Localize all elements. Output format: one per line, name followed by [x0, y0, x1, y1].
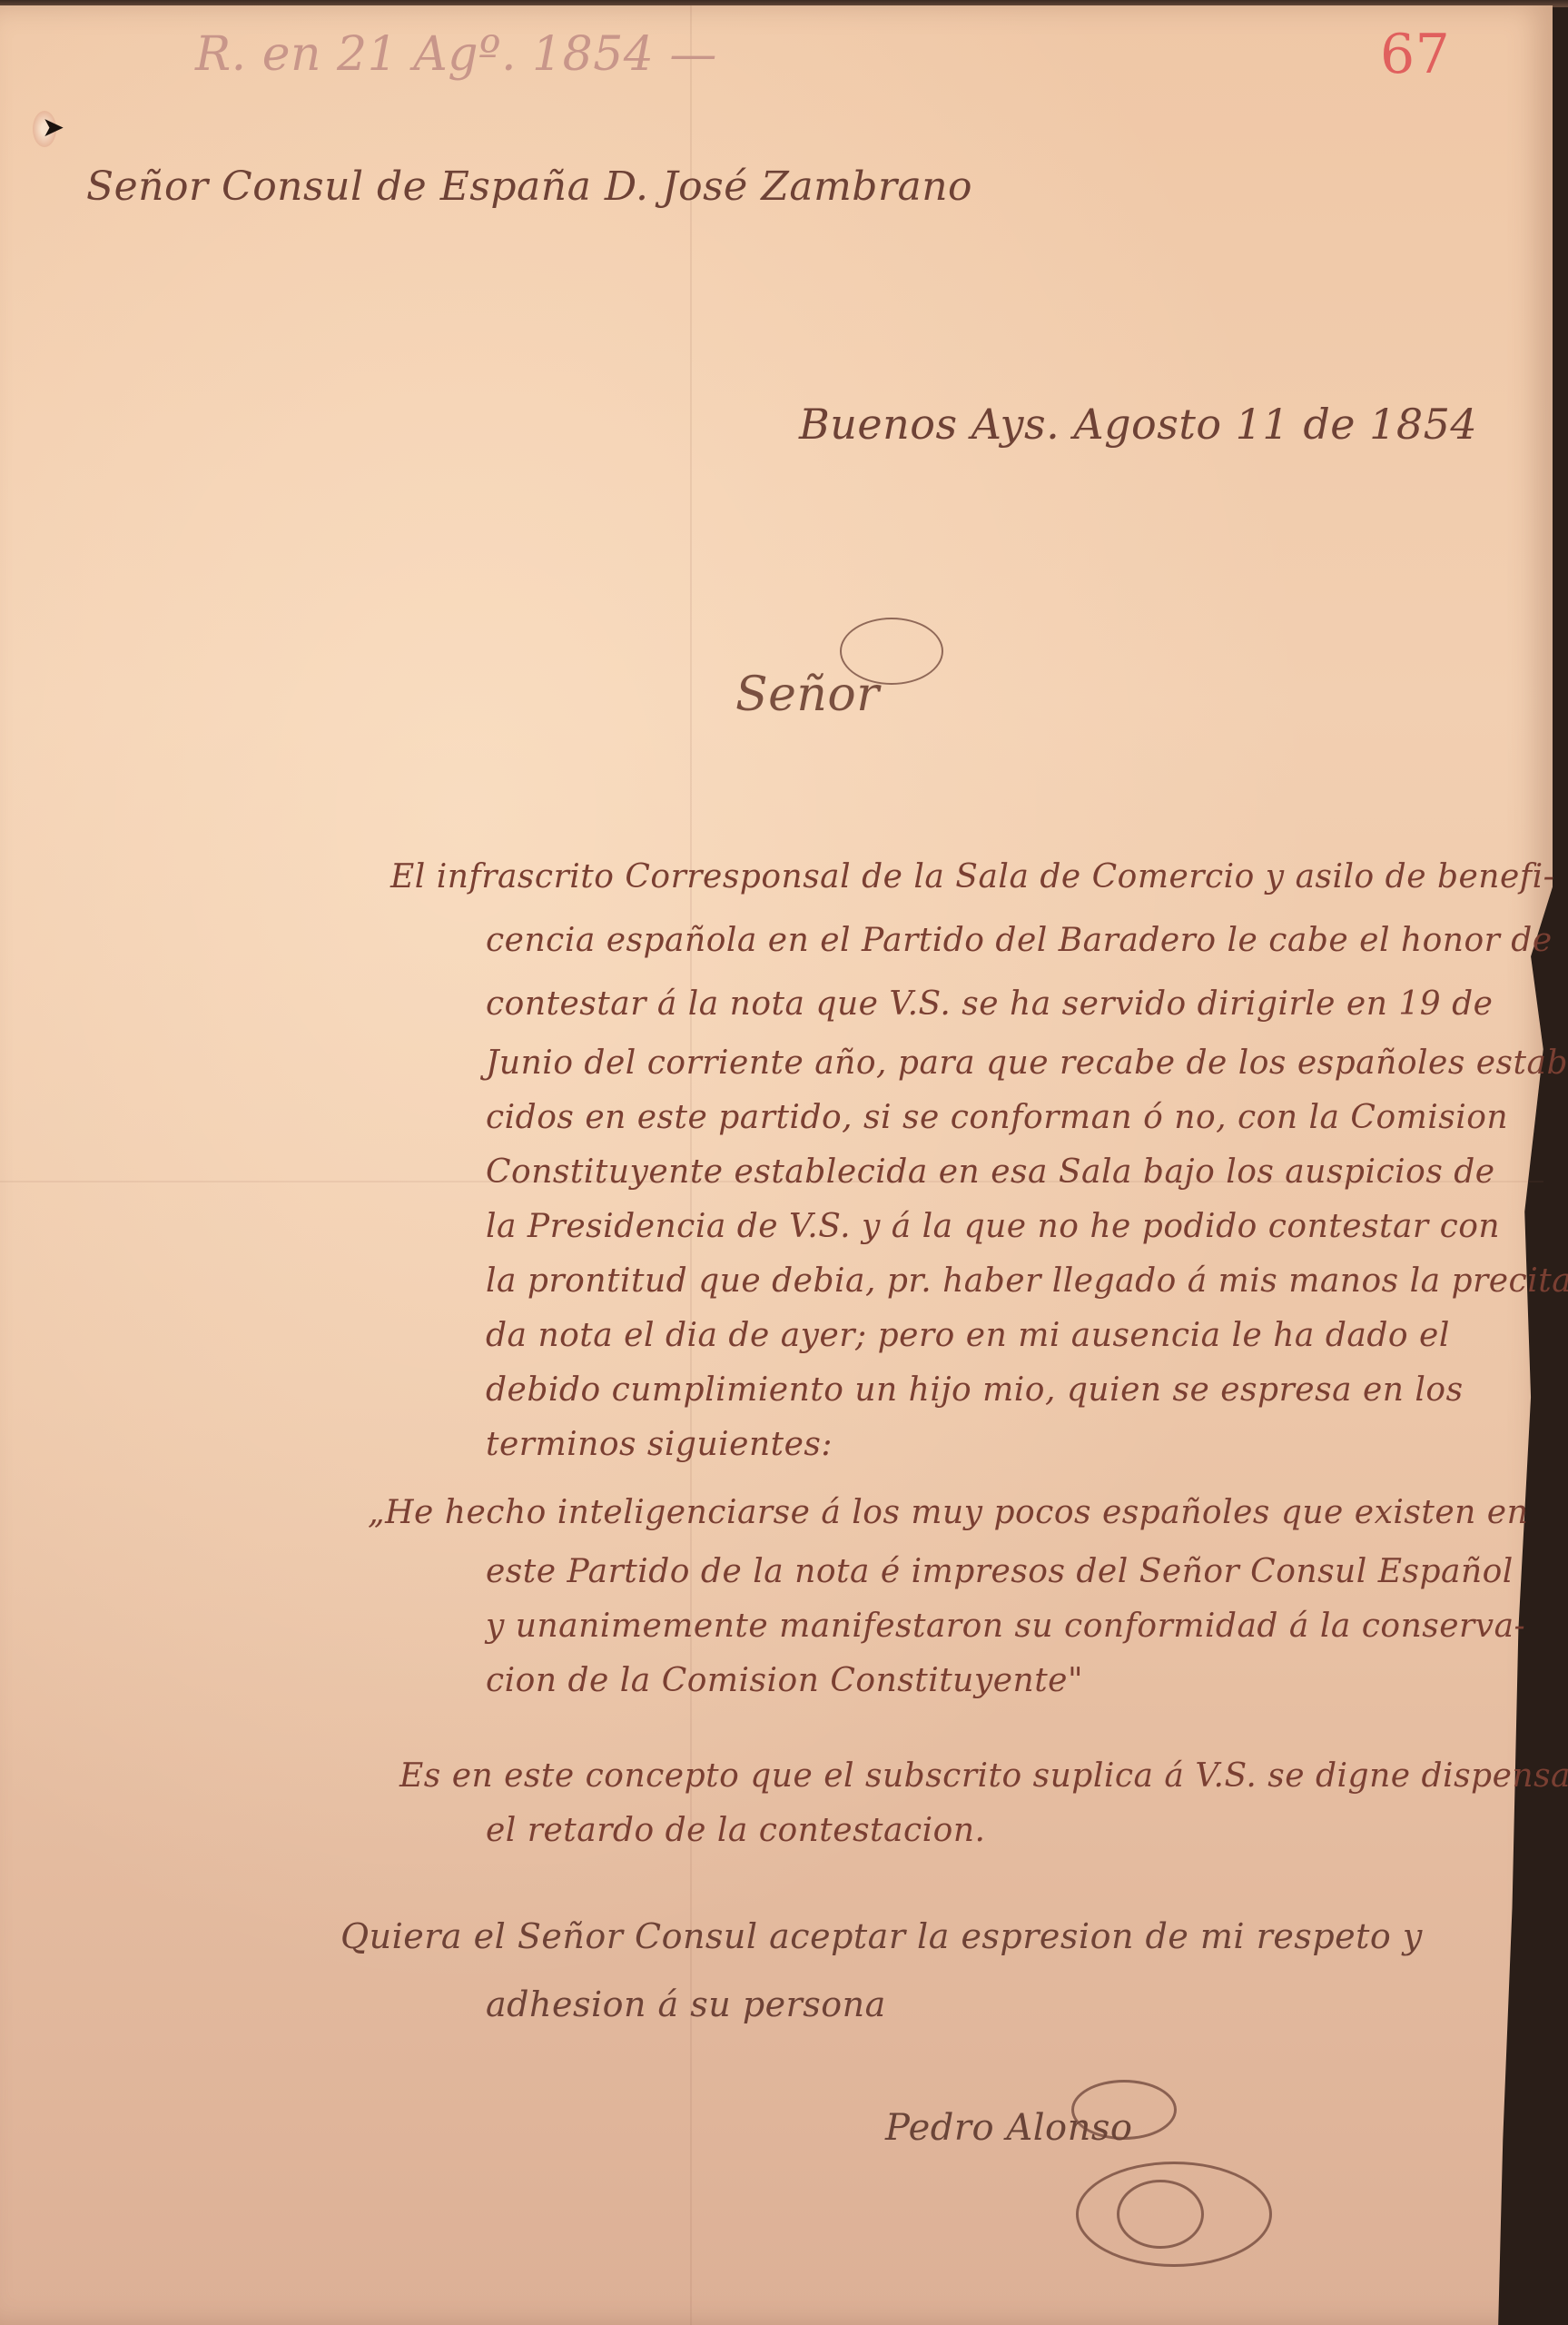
quote-line: este Partido de la nota é impresos del S… [486, 1553, 1514, 1590]
body-line: Junio del corriente año, para que recabe… [486, 1044, 1568, 1082]
signature-flourish-icon [1071, 2080, 1177, 2140]
body-line: debido cumplimiento un hijo mio, quien s… [486, 1371, 1464, 1409]
body-line: Es en este concepto que el subscrito sup… [399, 1757, 1568, 1795]
body-line: terminos siguientes: [486, 1426, 833, 1463]
body-line: contestar á la nota que V.S. se ha servi… [486, 985, 1493, 1023]
place-date: Buenos Ays. Agosto 11 de 1854 [799, 400, 1477, 449]
hole-shadow-icon: ➤ [42, 114, 64, 142]
salutation-flourish-icon [840, 618, 943, 685]
body-line: el retardo de la contestacion. [486, 1812, 985, 1849]
body-line: cencia española en el Partido del Barade… [486, 922, 1553, 959]
body-line: da nota el dia de ayer; pero en mi ausen… [486, 1317, 1450, 1354]
signature-rubric-inner-icon [1117, 2180, 1204, 2249]
closing-line: Quiera el Señor Consul aceptar la espres… [340, 1916, 1423, 1956]
folio-number: 67 [1380, 23, 1450, 86]
body-line: la prontitud que debia, pr. haber llegad… [486, 1262, 1568, 1300]
body-line: la Presidencia de V.S. y á la que no he … [486, 1208, 1500, 1245]
body-line: Constituyente establecida en esa Sala ba… [486, 1153, 1495, 1191]
body-line: cidos en este partido, si se conforman ó… [486, 1099, 1508, 1136]
quote-line: cion de la Comision Constituyente" [486, 1662, 1083, 1699]
quote-line: y unanimemente manifestaron su conformid… [486, 1608, 1525, 1645]
quote-line: „He hecho inteligenciarse á los muy poco… [368, 1494, 1528, 1531]
body-line: El infrascrito Corresponsal de la Sala d… [390, 858, 1554, 895]
received-note: R. en 21 Agº. 1854 — [195, 27, 717, 82]
addressee-line: Señor Consul de España D. José Zambrano [86, 163, 972, 210]
closing-line: adhesion á su persona [486, 1984, 886, 2024]
